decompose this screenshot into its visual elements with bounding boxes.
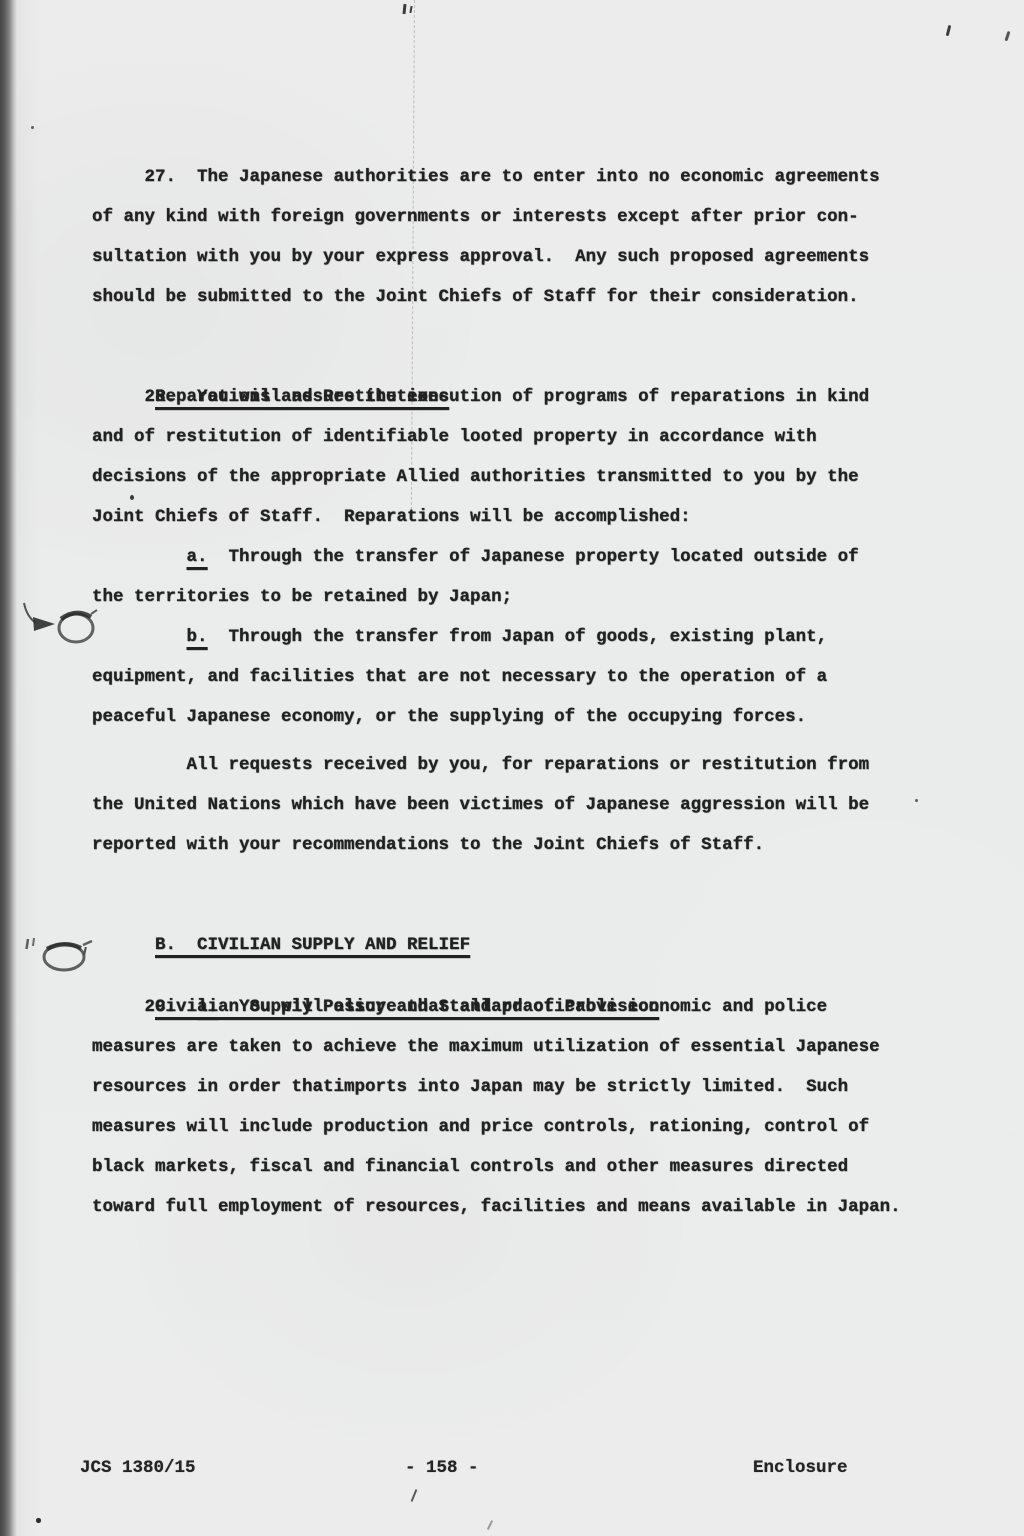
- page-number: - 158 -: [405, 1448, 479, 1488]
- text-line: of any kind with foreign governments or …: [92, 197, 972, 237]
- text-line: resources in order thatimports into Japa…: [92, 1067, 972, 1107]
- text-line: black markets, fiscal and financial cont…: [92, 1147, 972, 1187]
- indent: [92, 547, 187, 567]
- text-line: should be submitted to the Joint Chiefs …: [92, 277, 972, 317]
- text-line: sultation with you by your express appro…: [92, 237, 972, 277]
- text-segment: Through the transfer of Japanese propert…: [208, 547, 859, 567]
- item-b-label: b.: [187, 627, 208, 647]
- paragraph-27: 27. The Japanese authorities are to ente…: [92, 157, 972, 317]
- item-a-label: a.: [197, 997, 218, 1017]
- text-line: reported with your recommendations to th…: [92, 825, 972, 865]
- document-text: 27. The Japanese authorities are to ente…: [92, 157, 972, 1227]
- text-line: measures will include production and pri…: [92, 1107, 972, 1147]
- text-line: All requests received by you, for repara…: [92, 745, 972, 785]
- text-line: the territories to be retained by Japan;: [92, 577, 972, 617]
- text-line: decisions of the appropriate Allied auth…: [92, 457, 972, 497]
- enclosure-label: Enclosure: [753, 1448, 848, 1488]
- text-line: toward full employment of resources, fac…: [92, 1187, 972, 1227]
- text-segment: You will assure that all practicable eco…: [218, 997, 827, 1017]
- ink-speck: [411, 1489, 418, 1502]
- indent: 29.: [92, 997, 197, 1017]
- text-line: 29. a. You will assure that all practica…: [92, 987, 972, 1027]
- heading-text: B. CIVILIAN SUPPLY AND RELIEF: [155, 935, 470, 955]
- spacer: [92, 865, 972, 885]
- scan-edge-shadow: [0, 0, 17, 1536]
- text-line: the United Nations which have been victi…: [92, 785, 972, 825]
- paragraph-29: 29. a. You will assure that all practica…: [92, 987, 972, 1227]
- ink-speck: [487, 1520, 493, 1530]
- text-line: b. Through the transfer from Japan of go…: [92, 617, 972, 657]
- ink-speck: [409, 6, 412, 13]
- text-segment: Through the transfer from Japan of goods…: [208, 627, 828, 647]
- spacer: [92, 317, 972, 337]
- page-footer: JCS 1380/15 - 158 - Enclosure: [0, 1448, 1024, 1488]
- text-line: measures are taken to achieve the maximu…: [92, 1027, 972, 1067]
- text-line: 28. You will assure the execution of pro…: [92, 377, 972, 417]
- ink-speck: [402, 4, 406, 14]
- subparagraph-b: b. Through the transfer from Japan of go…: [92, 617, 972, 737]
- ink-speck: [1005, 31, 1010, 41]
- ink-speck: [31, 126, 34, 129]
- indent: [92, 627, 187, 647]
- paragraph-28: 28. You will assure the execution of pro…: [92, 377, 972, 537]
- document-number: JCS 1380/15: [80, 1448, 196, 1488]
- text-line: a. Through the transfer of Japanese prop…: [92, 537, 972, 577]
- text-line: 27. The Japanese authorities are to ente…: [92, 157, 972, 197]
- pencil-arrow-circle-annotation: [20, 600, 102, 658]
- text-line: Joint Chiefs of Staff. Reparations will …: [92, 497, 972, 537]
- ink-speck: [36, 1518, 41, 1523]
- paragraph-requests: All requests received by you, for repara…: [92, 745, 972, 865]
- pencil-circle-annotation: [22, 933, 96, 981]
- text-line: peaceful Japanese economy, or the supply…: [92, 697, 972, 737]
- text-line: equipment, and facilities that are not n…: [92, 657, 972, 697]
- item-a-label: a.: [187, 547, 208, 567]
- spacer: [92, 737, 972, 745]
- scanned-page: 27. The Japanese authorities are to ente…: [0, 0, 1024, 1536]
- subparagraph-a: a. Through the transfer of Japanese prop…: [92, 537, 972, 617]
- ink-speck: [946, 25, 951, 36]
- heading-reparations-and-restitutions: Reparations and Restitutions: [92, 337, 972, 377]
- heading-civilian-supply-and-relief: B. CIVILIAN SUPPLY AND RELIEF: [92, 885, 972, 925]
- text-line: and of restitution of identifiable loote…: [92, 417, 972, 457]
